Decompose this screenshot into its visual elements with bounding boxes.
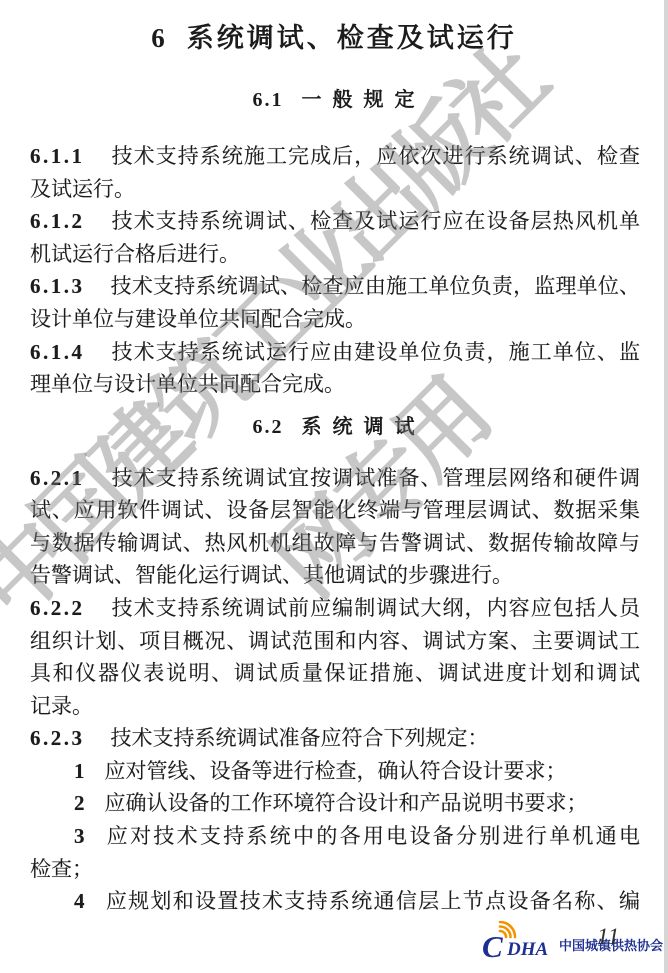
scan-edge-artifact	[664, 0, 668, 973]
text-line: 设计单位与建设单位共同配合完成。	[30, 303, 640, 336]
clause-text: 检查；	[30, 857, 93, 881]
section-title: 系 统 调 试	[302, 416, 418, 438]
text-line: 6.1.2技术支持系统调试、检查及试运行应在设备层热风机单	[30, 205, 640, 238]
clause-number: 6.2.2	[30, 596, 85, 620]
clause-number: 6.2.1	[30, 466, 85, 490]
clause-text: 组织计划、项目概况、调试范围和内容、调试方案、主要调试工	[30, 629, 640, 653]
text-line: 试、应用软件调试、设备层智能化终端与管理层调试、数据采集	[30, 494, 640, 527]
clause-number: 3	[74, 824, 85, 848]
clause-text: 应对技术支持系统中的各用电设备分别进行单机通电	[105, 824, 641, 848]
text-line: 告警调试、智能化运行调试、其他调试的步骤进行。	[30, 559, 640, 592]
text-line: 与数据传输调试、热风机机组故障与告警调试、数据传输故障与	[30, 527, 640, 560]
clause-text: 设计单位与建设单位共同配合完成。	[30, 307, 366, 331]
cdha-logo-mark: C DHA	[480, 921, 556, 961]
text-line: 组织计划、项目概况、调试范围和内容、调试方案、主要调试工	[30, 625, 640, 658]
clause-number: 2	[74, 791, 85, 815]
clause-text: 告警调试、智能化运行调试、其他调试的步骤进行。	[30, 563, 513, 587]
clause-number: 6.2.3	[30, 726, 85, 750]
clause-text: 记录。	[30, 694, 93, 718]
cdha-logo: C DHA 中国城镇供热协会	[480, 921, 663, 961]
text-line: 1应对管线、设备等进行检查，确认符合设计要求；	[30, 755, 640, 788]
text-line: 记录。	[30, 690, 640, 723]
text-line: 6.2.2技术支持系统调试前应编制调试大纲，内容应包括人员	[30, 592, 640, 625]
logo-letters-dha: DHA	[506, 939, 548, 960]
clause-text: 技术支持系统调试、检查及试运行应在设备层热风机单	[111, 209, 641, 233]
text-line: 6.2.1技术支持系统调试宜按调试准备、管理层网络和硬件调	[30, 462, 640, 495]
clause-text: 技术支持系统调试前应编制调试大纲，内容应包括人员	[111, 596, 641, 620]
clause-text: 与数据传输调试、热风机机组故障与告警调试、数据传输故障与	[30, 531, 640, 555]
clause-number: 6.1.4	[30, 340, 85, 364]
clause-text: 应规划和设置技术支持系统通信层上节点设备名称、编	[105, 889, 641, 913]
document-body: 6.1一 般 规 定6.1.1技术支持系统施工完成后，应依次进行系统调试、检查及…	[0, 86, 668, 918]
text-line: 检查；	[30, 853, 640, 886]
clause-number: 1	[74, 759, 85, 783]
text-line: 6.1.4技术支持系统试运行应由建设单位负责，施工单位、监	[30, 336, 640, 369]
clause-number: 4	[74, 889, 85, 913]
text-line: 机试运行合格后进行。	[30, 238, 640, 271]
text-line: 6.2.3技术支持系统调试准备应符合下列规定：	[30, 722, 640, 755]
clause-text: 技术支持系统施工完成后，应依次进行系统调试、检查	[111, 144, 641, 168]
clause-number: 6.1.3	[30, 274, 85, 298]
clause-number: 6.1.1	[30, 144, 85, 168]
clause-text: 技术支持系统试运行应由建设单位负责，施工单位、监	[111, 340, 641, 364]
clause-text: 试、应用软件调试、设备层智能化终端与管理层调试、数据采集	[30, 498, 640, 522]
text-line: 及试运行。	[30, 173, 640, 206]
section-title: 一 般 规 定	[302, 89, 418, 111]
clause-text: 技术支持系统调试、检查应由施工单位负责，监理单位、	[111, 274, 641, 298]
section-number: 6.2	[253, 416, 284, 438]
clause-text: 机试运行合格后进行。	[30, 242, 240, 266]
clause-text: 技术支持系统调试宜按调试准备、管理层网络和硬件调	[111, 466, 641, 490]
clause-number: 6.1.2	[30, 209, 85, 233]
section-heading: 6.2系 统 调 试	[30, 413, 640, 441]
clause-text: 技术支持系统调试准备应符合下列规定：	[111, 726, 489, 750]
logo-letter-c: C	[482, 929, 503, 961]
chapter-title: 6系统调试、检查及试运行	[0, 0, 668, 56]
text-line: 2应确认设备的工作环境符合设计和产品说明书要求；	[30, 787, 640, 820]
chapter-number: 6	[151, 23, 165, 53]
clause-text: 应对管线、设备等进行检查，确认符合设计要求；	[105, 759, 567, 783]
chapter-name: 系统调试、检查及试运行	[187, 23, 517, 53]
text-line: 具和仪器仪表说明、调试质量保证措施、调试进度计划和调试	[30, 657, 640, 690]
clause-text: 应确认设备的工作环境符合设计和产品说明书要求；	[105, 791, 588, 815]
clause-text: 具和仪器仪表说明、调试质量保证措施、调试进度计划和调试	[30, 661, 640, 685]
section-heading: 6.1一 般 规 定	[30, 86, 640, 114]
text-line: 6.1.3技术支持系统调试、检查应由施工单位负责，监理单位、	[30, 270, 640, 303]
section-number: 6.1	[253, 89, 284, 111]
document-page: 中国建筑工业出版社 网专用 6系统调试、检查及试运行 6.1一 般 规 定6.1…	[0, 0, 668, 973]
page-number: 11	[597, 924, 620, 950]
text-line: 4应规划和设置技术支持系统通信层上节点设备名称、编	[30, 885, 640, 918]
text-line: 6.1.1技术支持系统施工完成后，应依次进行系统调试、检查	[30, 140, 640, 173]
clause-text: 理单位与设计单位共同配合完成。	[30, 372, 345, 396]
text-line: 理单位与设计单位共同配合完成。	[30, 368, 640, 401]
text-line: 3应对技术支持系统中的各用电设备分别进行单机通电	[30, 820, 640, 853]
clause-text: 及试运行。	[30, 177, 135, 201]
